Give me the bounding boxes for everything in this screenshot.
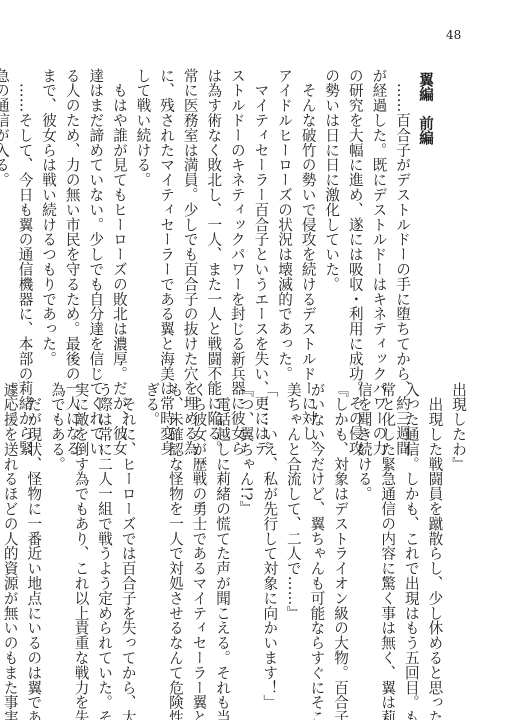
upper-text-block: ……百合子がデストルドーの手に堕ちてから、約三週間が経過した。既にデストルドーは…: [0, 68, 414, 368]
text-line: の研究を大幅に進め、遂には吸収・利用に成功。その侵攻: [343, 68, 367, 368]
text-line: 「……いえ、私が先行して対象に向かいます！」: [258, 382, 282, 682]
chapter-title: 翼編 前編: [415, 72, 436, 145]
text-line: だが現状、怪物に一番近い地点にいるのは翼であり、急: [22, 382, 46, 682]
text-line: そんな破竹の勢いで侵攻を続けるデストルドーに対し、: [296, 68, 320, 368]
text-line: マイティセーラー百合子というエースを失い、更にはデ: [249, 68, 273, 368]
text-line: まで、彼女らは戦い続けるつもりであった。: [37, 68, 61, 368]
text-line: アイドルヒーローズの状況は壊滅的であった。: [272, 68, 296, 368]
text-line: も、未確認な怪物を一人で対処させるなんて危険性が高す: [163, 382, 187, 682]
text-line: して戦い続ける。: [131, 68, 155, 368]
text-line: の勢いは日に日に激化していた。: [320, 68, 344, 368]
page-number: 48: [446, 28, 461, 42]
text-line: 美ちゃんと合流して、二人で……』: [281, 382, 305, 682]
text-line: がいない今だけど、翼ちゃんも可能ならすぐにそこから海: [305, 382, 329, 682]
text-line: 遽応援を送れるほどの人的資源が無いのもまた事実……ヒ: [0, 382, 22, 682]
text-line: もはや誰が見てもヒーローズの敗北は濃厚。だが、彼女: [107, 68, 131, 368]
text-line: 急の通信が入る。: [0, 68, 13, 368]
text-line: 実に敵を倒す為でもあり、これ以上貴重な戦力を失わない: [69, 382, 93, 682]
text-line: それに、ヒーローズでは百合子を失ってから、大物と戦: [116, 382, 140, 682]
text-line: が経過した。既にデストルドーはキネティックパワーの力: [367, 68, 391, 368]
text-line: ……そして、今日も翼の通信機器に、本部の莉緒から緊: [13, 68, 37, 368]
text-line: る人のため、力の無い市民を守るため。最後の一人になる: [60, 68, 84, 368]
text-line: 入った通信。しかも、これで出現はもう五回目。もはや日: [399, 382, 423, 682]
text-line: 『しかも、対象はデストライオン級の大物。百合子ちゃん: [328, 382, 352, 682]
text-line: くら彼女が歴戦の勇士であるマイティセーラー翼といえど: [187, 382, 211, 682]
text-line: ストルドーのキネティックパワーを封じる新兵器に彼女ら: [225, 68, 249, 368]
lower-text-block: 出現したわ』 出現した戦闘員を蹴散らし、少し休めると思った瞬間に入った通信。しか…: [0, 382, 470, 682]
text-line: 『つ、翼ちゃん!?』: [234, 382, 258, 682]
text-line: に、残されたマイティセーラーである翼と海美は常時変身: [154, 68, 178, 368]
text-line: 信を聞き続ける。: [352, 382, 376, 682]
text-line: 電話越しに莉緒の慌てた声が聞こえる。それも当然。い: [210, 382, 234, 682]
text-line: 達はまだ諦めていない。少しでも自分達を信じてくれてい: [84, 68, 108, 368]
text-line: 常に医務室は満員。少しでも百合子の抜けた穴を埋める為: [178, 68, 202, 368]
text-line: は為す術なく敗北し、一人、また一人と戦闘不能に陥る。: [202, 68, 226, 368]
text-line: 出現した戦闘員を蹴散らし、少し休めると思った瞬間に: [423, 382, 447, 682]
text-line: 為でもある。: [45, 382, 69, 682]
text-line: ……百合子がデストルドーの手に堕ちてから、約三週間: [390, 68, 414, 368]
text-line: 常と化した緊急通信の内容に驚く事は無く、翼は莉緒の通: [376, 382, 400, 682]
text-line: ぎる。: [140, 382, 164, 682]
text-line: 出現したわ』: [446, 382, 470, 682]
text-line: う際は常に二人一組で戦うよう定められていた。それは確: [93, 382, 117, 682]
